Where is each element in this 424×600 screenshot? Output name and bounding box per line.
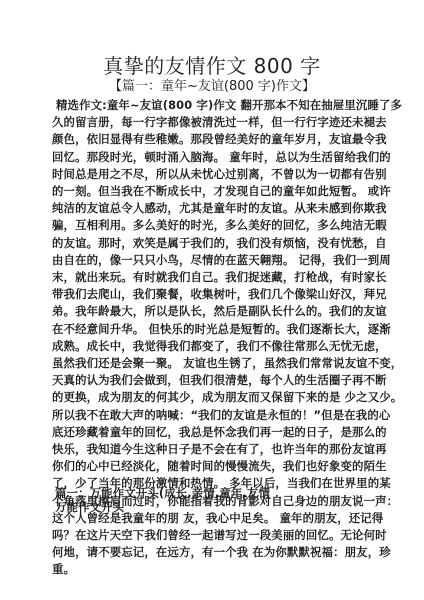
essay-line: 成熟。成长中，我觉得我们都变了，我们不像往常那么无忧无虑， [52,338,372,355]
essay-line: 回忆。那段时光，顿时涌入脑海。 童年时，总以为生活留给我们的 [52,149,372,166]
document-page: 真挚的友情作文 800 字 【篇一：童年~友谊(800 字)作文】 精选作文:童… [0,0,424,600]
essay-line: 何地，请不要忘记，在远方，有一个我 在为你默默祝福：朋友，珍 [52,544,372,561]
essay-line: 纯洁的友谊总令人感动，尤其是童年时的友谊。从来未感到你欺我 [52,200,372,217]
essay-line: 的更换，成为朋友的何其少，成为朋友而又保留下来的是 少之又少。 [52,389,372,406]
essay-line: 时间总是用之不尽，所以从未忧心过别离，不曾以为一切都有告别 [52,166,372,183]
document-subtitle: 【篇一：童年~友谊(800 字)作文】 [0,79,424,95]
essay-line: 快乐，我知道今生这种日子是不会在有了，也许当年的那份友谊再 [52,441,372,458]
essay-line: 骗，互相利用。多么美好的时光，多么美好的回忆，多么纯洁无暇 [52,217,372,234]
essay-line: 重。 [52,561,372,578]
related-heading-line: 万能作文开头 [55,500,270,514]
essay-line: 天真的认为我们会做到，但我们很清楚，每个人的生活圈子再不断 [52,372,372,389]
essay-line: 带我们去爬山，我们聚餐，收集树叶，我们几个像梁山好汉，拜兄 [52,286,372,303]
essay-line: 吗？在这片天空下我们曾经一起谱写过一段美丽的回忆。无论何时 [52,527,372,544]
essay-line: 虽然我们还是会聚一聚。 友谊也生锈了，虽然我们常常说友谊不变， [52,355,372,372]
essay-line: 久的留言册，每一行字都像被清洗过一样，但一行行字迹还未褪去 [52,114,372,131]
essay-line: 所以我不在敢大声的呐喊：“我们的友谊是永恒的！”但是在我的心 [52,407,372,424]
essay-line: 颜色，依旧显得有些稚嫩。那段曾经美好的童年岁月，友谊最令我 [52,131,372,148]
document-title: 真挚的友情作文 800 字 [0,54,424,78]
related-article-links: 篇一：万能作文开头(成长,亲情,童年,友情 万能作文开头 [55,486,270,514]
essay-line: 的友谊。那时，欢笑是属于我们的，我们没有烦恼，没有忧愁，自 [52,235,372,252]
essay-line: 的一刻。但当我在不断成长中，才发现自己的童年如此短暂。 或许 [52,183,372,200]
related-heading-line: 篇一：万能作文开头(成长,亲情,童年,友情 [55,486,270,500]
essay-line: 你们的心中已经淡化，随着时间的慢慢流失，我们也好象变的陌生 [52,458,372,475]
essay-line: 底还珍藏着童年的回忆，我总是怀念我们再一起的日子，是那么的 [52,424,372,441]
essay-line: 末，就出来玩。有时就我们自己。我们捉迷藏，打枪战，有时家长 [52,269,372,286]
essay-line: 弟。我年龄最大，所以是队长，然后是副队长什么的。我们的友谊 [52,303,372,320]
essay-line: 精选作文:童年~友谊(800 字)作文 翻开那本不知在抽屉里沉睡了多 [52,97,372,114]
essay-line: 由自在的，像一只只小鸟，尽情的在蓝天翱翔。 记得，我们一到周 [52,252,372,269]
essay-line: 在不经意间升华。 但快乐的时光总是短暂的。我们逐渐长大，逐渐 [52,321,372,338]
